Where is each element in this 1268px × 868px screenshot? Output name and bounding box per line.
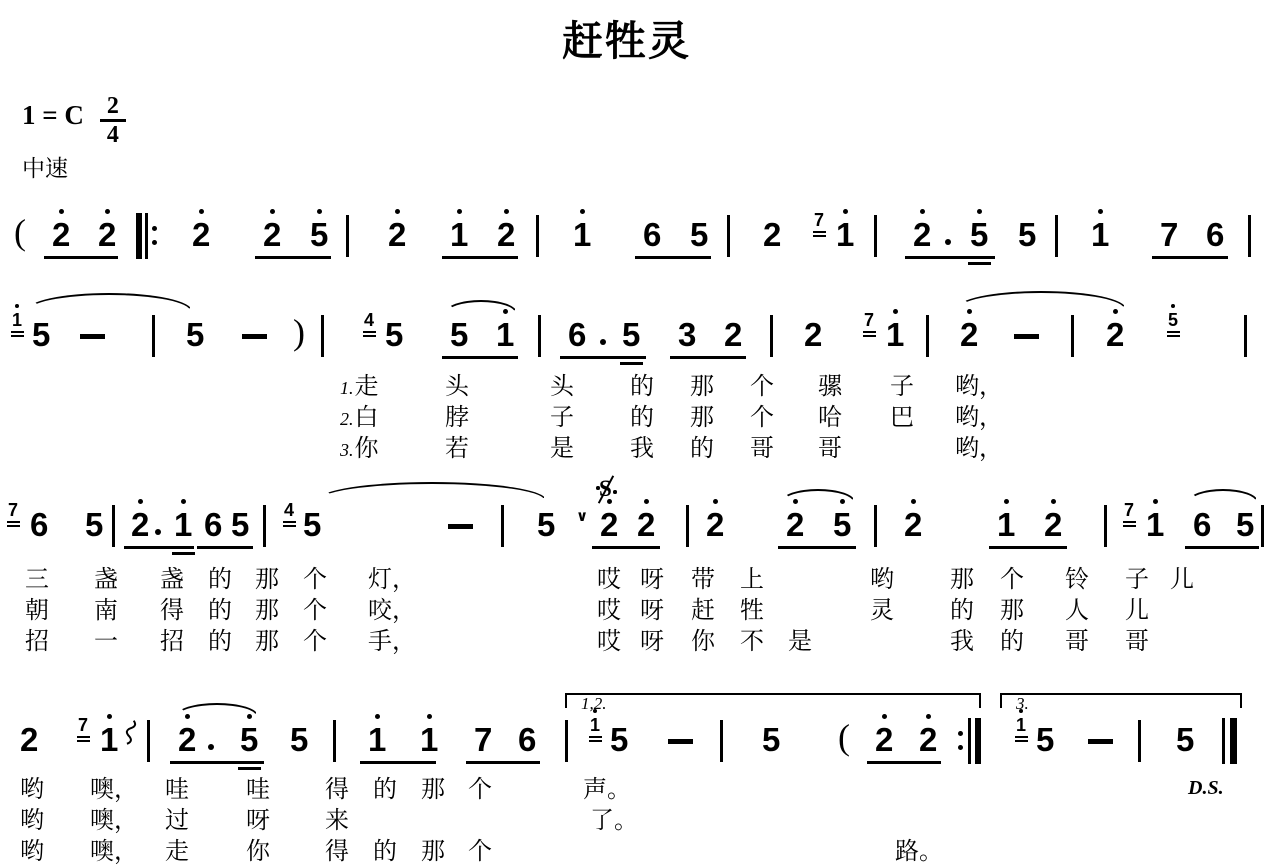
lyric-syllable: 的 — [630, 406, 654, 430]
lyric-syllable: 头 — [550, 375, 574, 399]
verse-number: 3. — [340, 440, 354, 460]
lyric-syllable: 人 — [1065, 599, 1089, 623]
lyric-syllable: 哟 — [870, 568, 894, 592]
lyric-syllable: 你 — [691, 630, 715, 654]
lyric-syllable: 灯， — [368, 568, 416, 592]
lyric-syllable: 头 — [445, 375, 469, 399]
lyric-syllable: 三 — [25, 568, 49, 592]
lyric-syllable: 南 — [94, 599, 118, 623]
lyric-syllable: 铃 — [1065, 568, 1089, 592]
lyric-syllable: 不 — [740, 630, 764, 654]
lyric-syllable: 噢， — [90, 809, 138, 833]
lyric-syllable: 那 — [255, 630, 279, 654]
lyric-syllable: 个 — [303, 599, 327, 623]
lyric-syllable: 个 — [303, 568, 327, 592]
lyric-syllable: 招 — [160, 630, 184, 654]
lyric-syllable: 盏 — [160, 568, 184, 592]
lyric-syllable: 那 — [421, 778, 445, 802]
lyric-syllable: 哥 — [1125, 630, 1149, 654]
lyric-syllable: 的 — [950, 599, 974, 623]
lyric-syllable: 呀 — [640, 568, 664, 592]
lyric-syllable: 哇 — [165, 778, 189, 802]
lyric-syllable: 那 — [950, 568, 974, 592]
lyric-syllable: 来 — [325, 809, 349, 833]
lyric-syllable: 那 — [690, 375, 714, 399]
lyric-syllable: 的 — [208, 568, 232, 592]
lyric-syllable: 哎 — [597, 568, 621, 592]
lyric-syllable: 灵 — [870, 599, 894, 623]
lyric-syllable: 个 — [1000, 568, 1024, 592]
lyric-syllable: 呀 — [246, 809, 270, 833]
lyric-syllable: 脖 — [445, 406, 469, 430]
lyric-syllable: 哥 — [750, 437, 774, 461]
lyric-syllable: 的 — [208, 630, 232, 654]
lyric-syllable: 那 — [690, 406, 714, 430]
lyric-syllable: 咬， — [368, 599, 416, 623]
lyric-syllable: 的 — [208, 599, 232, 623]
lyric-syllable: 的 — [1000, 630, 1024, 654]
lyric-syllable: 得 — [325, 778, 349, 802]
lyric-syllable: 儿 — [1125, 599, 1149, 623]
lyric-syllable: 3.你 — [340, 437, 379, 461]
lyric-syllable: 上 — [740, 568, 764, 592]
lyric-syllable: 我 — [950, 630, 974, 654]
lyric-syllable: 若 — [445, 437, 469, 461]
lyric-syllable: 盏 — [94, 568, 118, 592]
lyric-syllable: 哥 — [1065, 630, 1089, 654]
lyric-syllable: 个 — [303, 630, 327, 654]
lyric-syllable: 哟， — [955, 406, 1003, 430]
lyric-syllable: 2.白 — [340, 406, 379, 430]
lyric-syllable: 手， — [368, 630, 416, 654]
lyric-syllable: 呀 — [640, 599, 664, 623]
verse-number: 1. — [340, 378, 354, 398]
lyric-syllable: 个 — [468, 840, 492, 864]
lyric-syllable: 哟 — [20, 778, 44, 802]
lyric-syllable: 的 — [630, 375, 654, 399]
lyric-syllable: 哥 — [818, 437, 842, 461]
lyric-syllable: 哟 — [20, 809, 44, 833]
lyric-syllable: 路。 — [895, 840, 943, 864]
lyric-syllable: 得 — [325, 840, 349, 864]
ds-marking: D.S. — [1188, 777, 1224, 800]
lyric-syllable: 牲 — [740, 599, 764, 623]
lyric-syllable: 个 — [750, 375, 774, 399]
lyric-syllable: 哈 — [818, 406, 842, 430]
lyric-syllable: 噢， — [90, 840, 138, 864]
verse-number: 2. — [340, 409, 354, 429]
lyric-syllable: 那 — [255, 599, 279, 623]
lyric-syllable: 巴 — [890, 406, 914, 430]
lyric-syllable: 得 — [160, 599, 184, 623]
lyric-syllable: 哎 — [597, 599, 621, 623]
lyric-syllable: 声。 — [583, 778, 631, 802]
lyric-syllable: 赶 — [691, 599, 715, 623]
lyric-syllable: 的 — [373, 778, 397, 802]
lyric-syllable: 呀 — [640, 630, 664, 654]
lyric-syllable: 子 — [550, 406, 574, 430]
lyric-syllable: 哟， — [955, 437, 1003, 461]
lyric-syllable: 那 — [1000, 599, 1024, 623]
lyric-syllable: 走 — [165, 840, 189, 864]
lyric-syllable: 子 — [1125, 568, 1149, 592]
lyric-syllable: 的 — [690, 437, 714, 461]
lyric-syllable: 的 — [373, 840, 397, 864]
lyric-syllable: 噢， — [90, 778, 138, 802]
lyric-syllable: 子 — [890, 375, 914, 399]
lyric-syllable: 骡 — [818, 375, 842, 399]
lyric-syllable: 个 — [468, 778, 492, 802]
lyric-syllable: 哇 — [246, 778, 270, 802]
lyric-syllable: 那 — [255, 568, 279, 592]
lyric-syllable: 儿 — [1170, 568, 1194, 592]
lyric-syllable: 1.走 — [340, 375, 379, 399]
lyric-syllable: 哟 — [20, 840, 44, 864]
lyric-syllable: 了。 — [590, 809, 638, 833]
lyric-syllable: 过 — [165, 809, 189, 833]
lyric-syllable: 是 — [550, 437, 574, 461]
lyric-syllable: 个 — [750, 406, 774, 430]
lyric-syllable: 你 — [246, 840, 270, 864]
lyric-syllable: 哎 — [597, 630, 621, 654]
lyric-syllable: 一 — [94, 630, 118, 654]
sheet-music-page: 赶牲灵 1 = C 2 4 中速 (22225212165271255176 1… — [0, 0, 1268, 868]
lyric-syllable: 朝 — [25, 599, 49, 623]
lyric-syllable: 那 — [421, 840, 445, 864]
lyric-syllable: 招 — [25, 630, 49, 654]
lyric-syllable: 带 — [691, 568, 715, 592]
lyric-syllable: 哟， — [955, 375, 1003, 399]
lyrics-layer: 1.走头头的那个骡子哟，2.白脖子的那个哈巴哟，3.你若是我的哥哥哟，三盏盏的那… — [0, 0, 1268, 868]
lyric-syllable: 是 — [788, 630, 812, 654]
lyric-syllable: 我 — [630, 437, 654, 461]
